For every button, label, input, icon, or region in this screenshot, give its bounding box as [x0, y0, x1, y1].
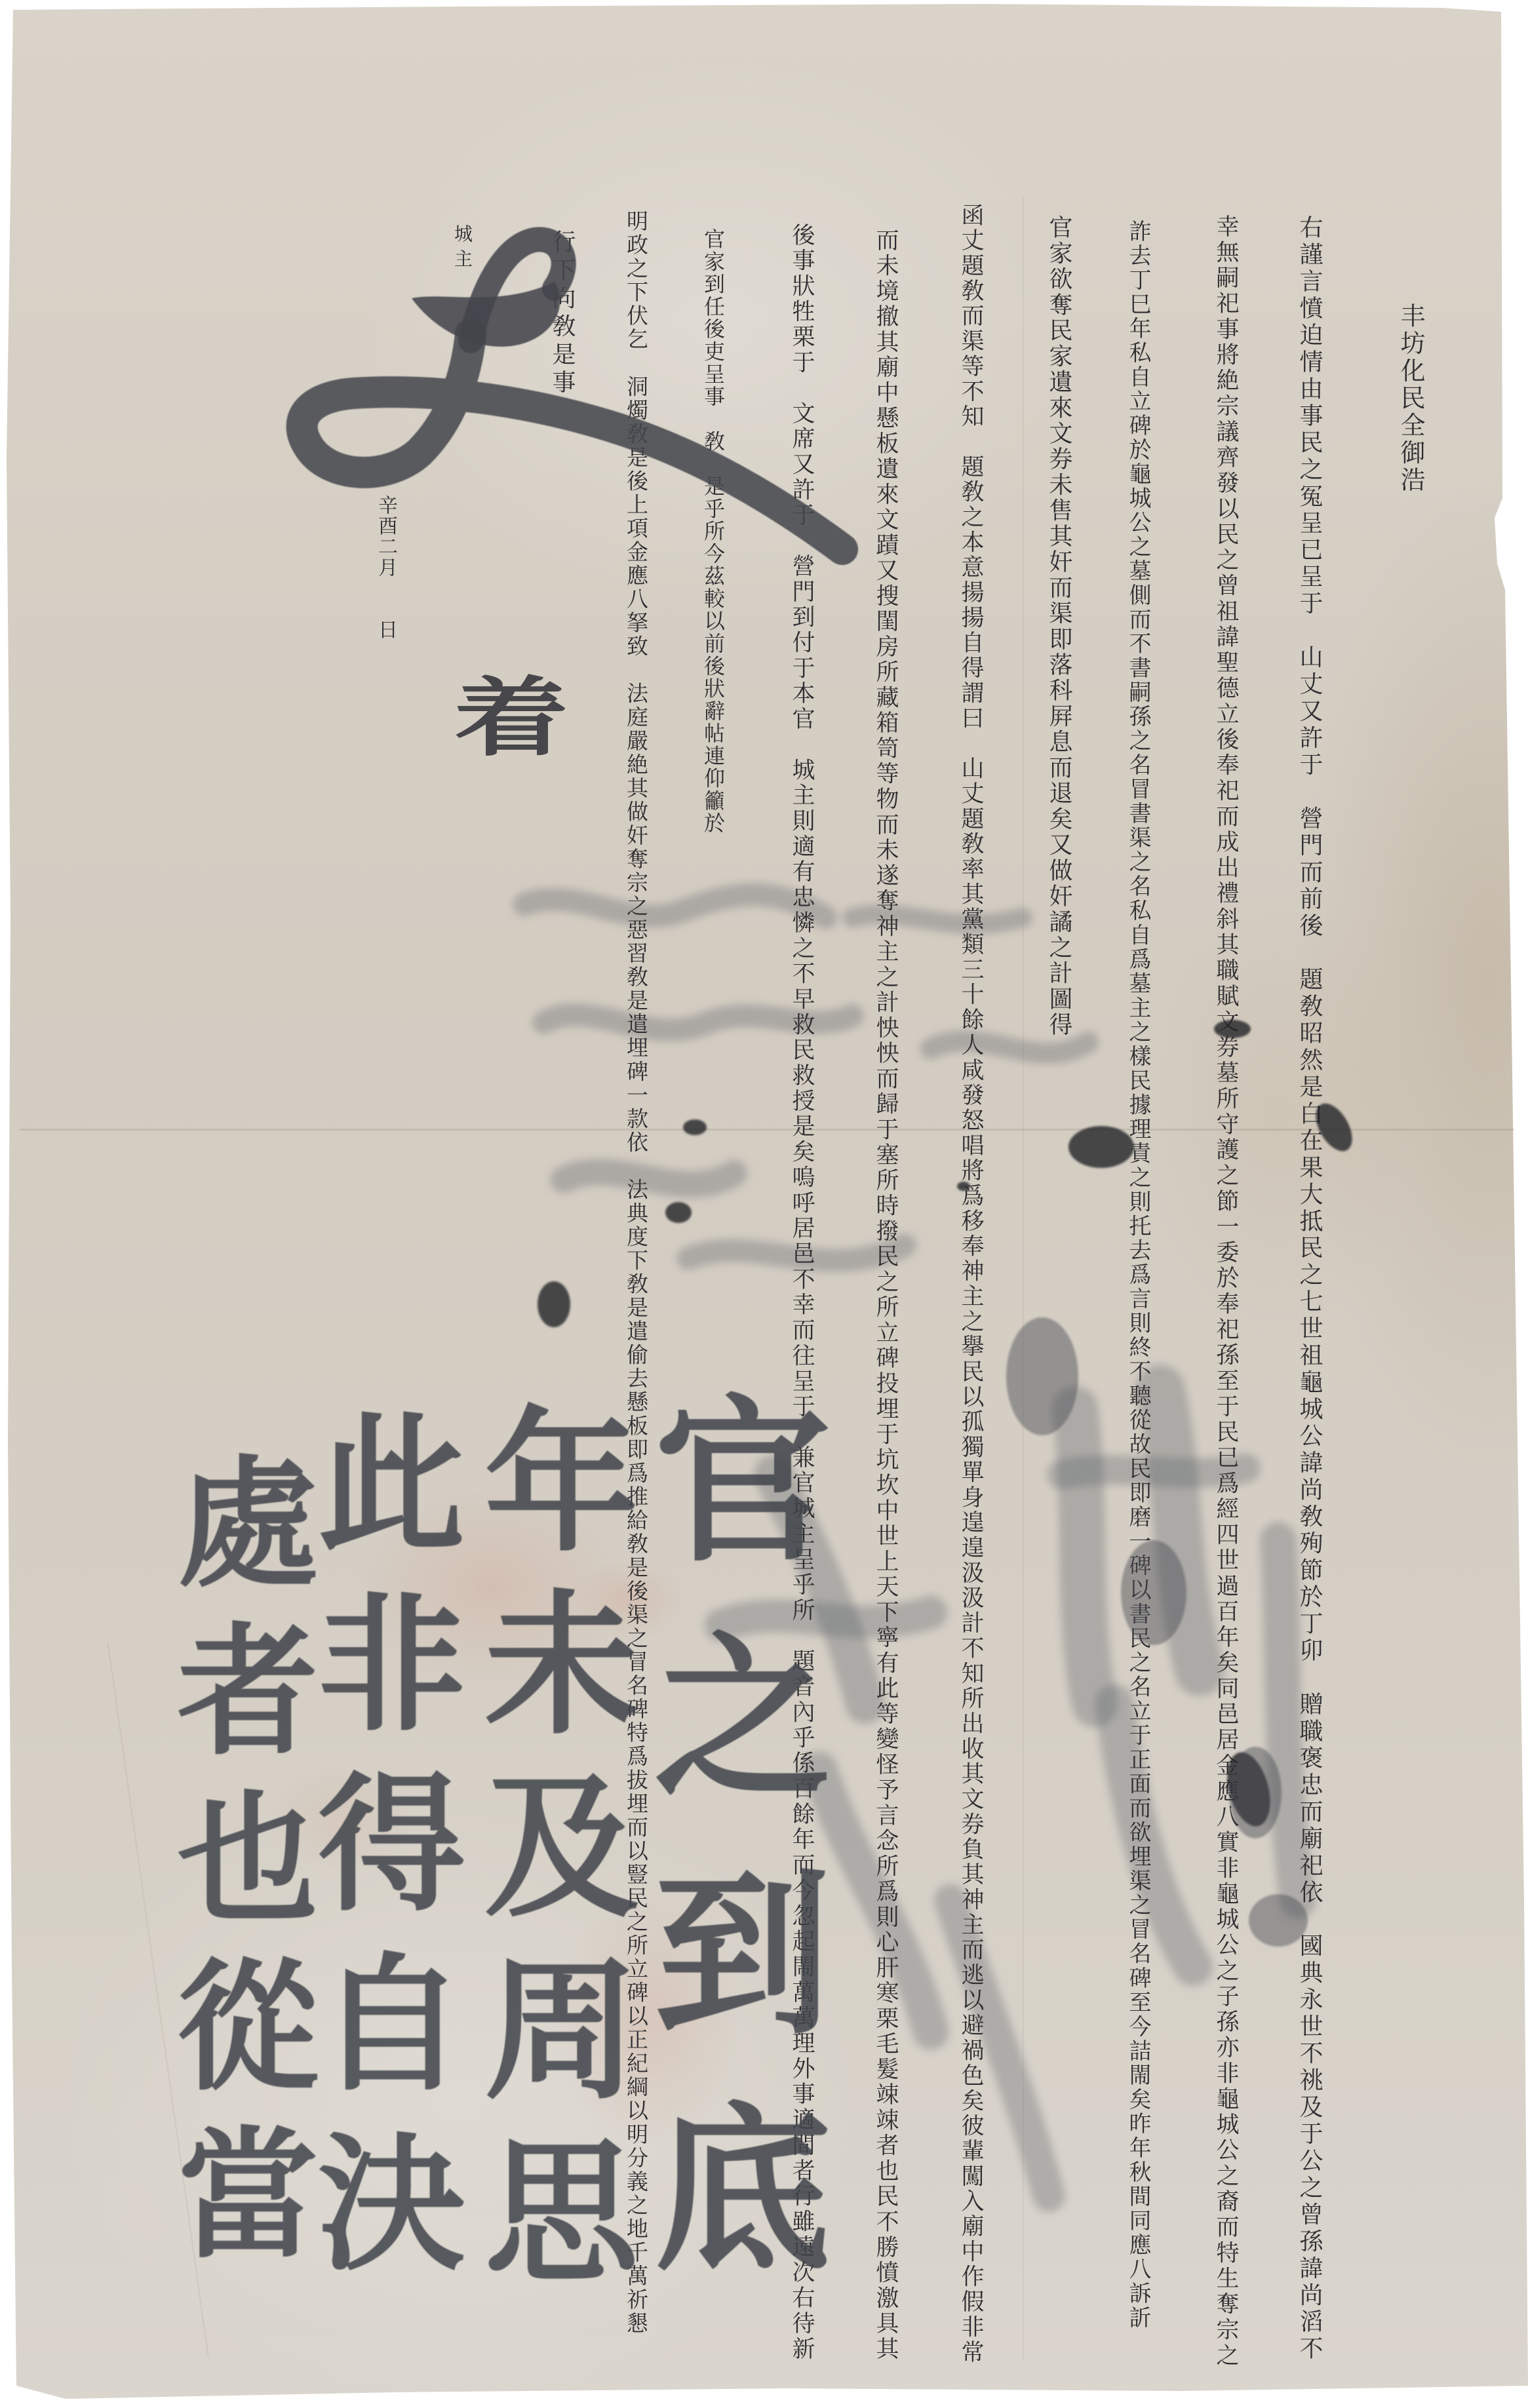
ink-blots [0, 0, 1528, 2408]
